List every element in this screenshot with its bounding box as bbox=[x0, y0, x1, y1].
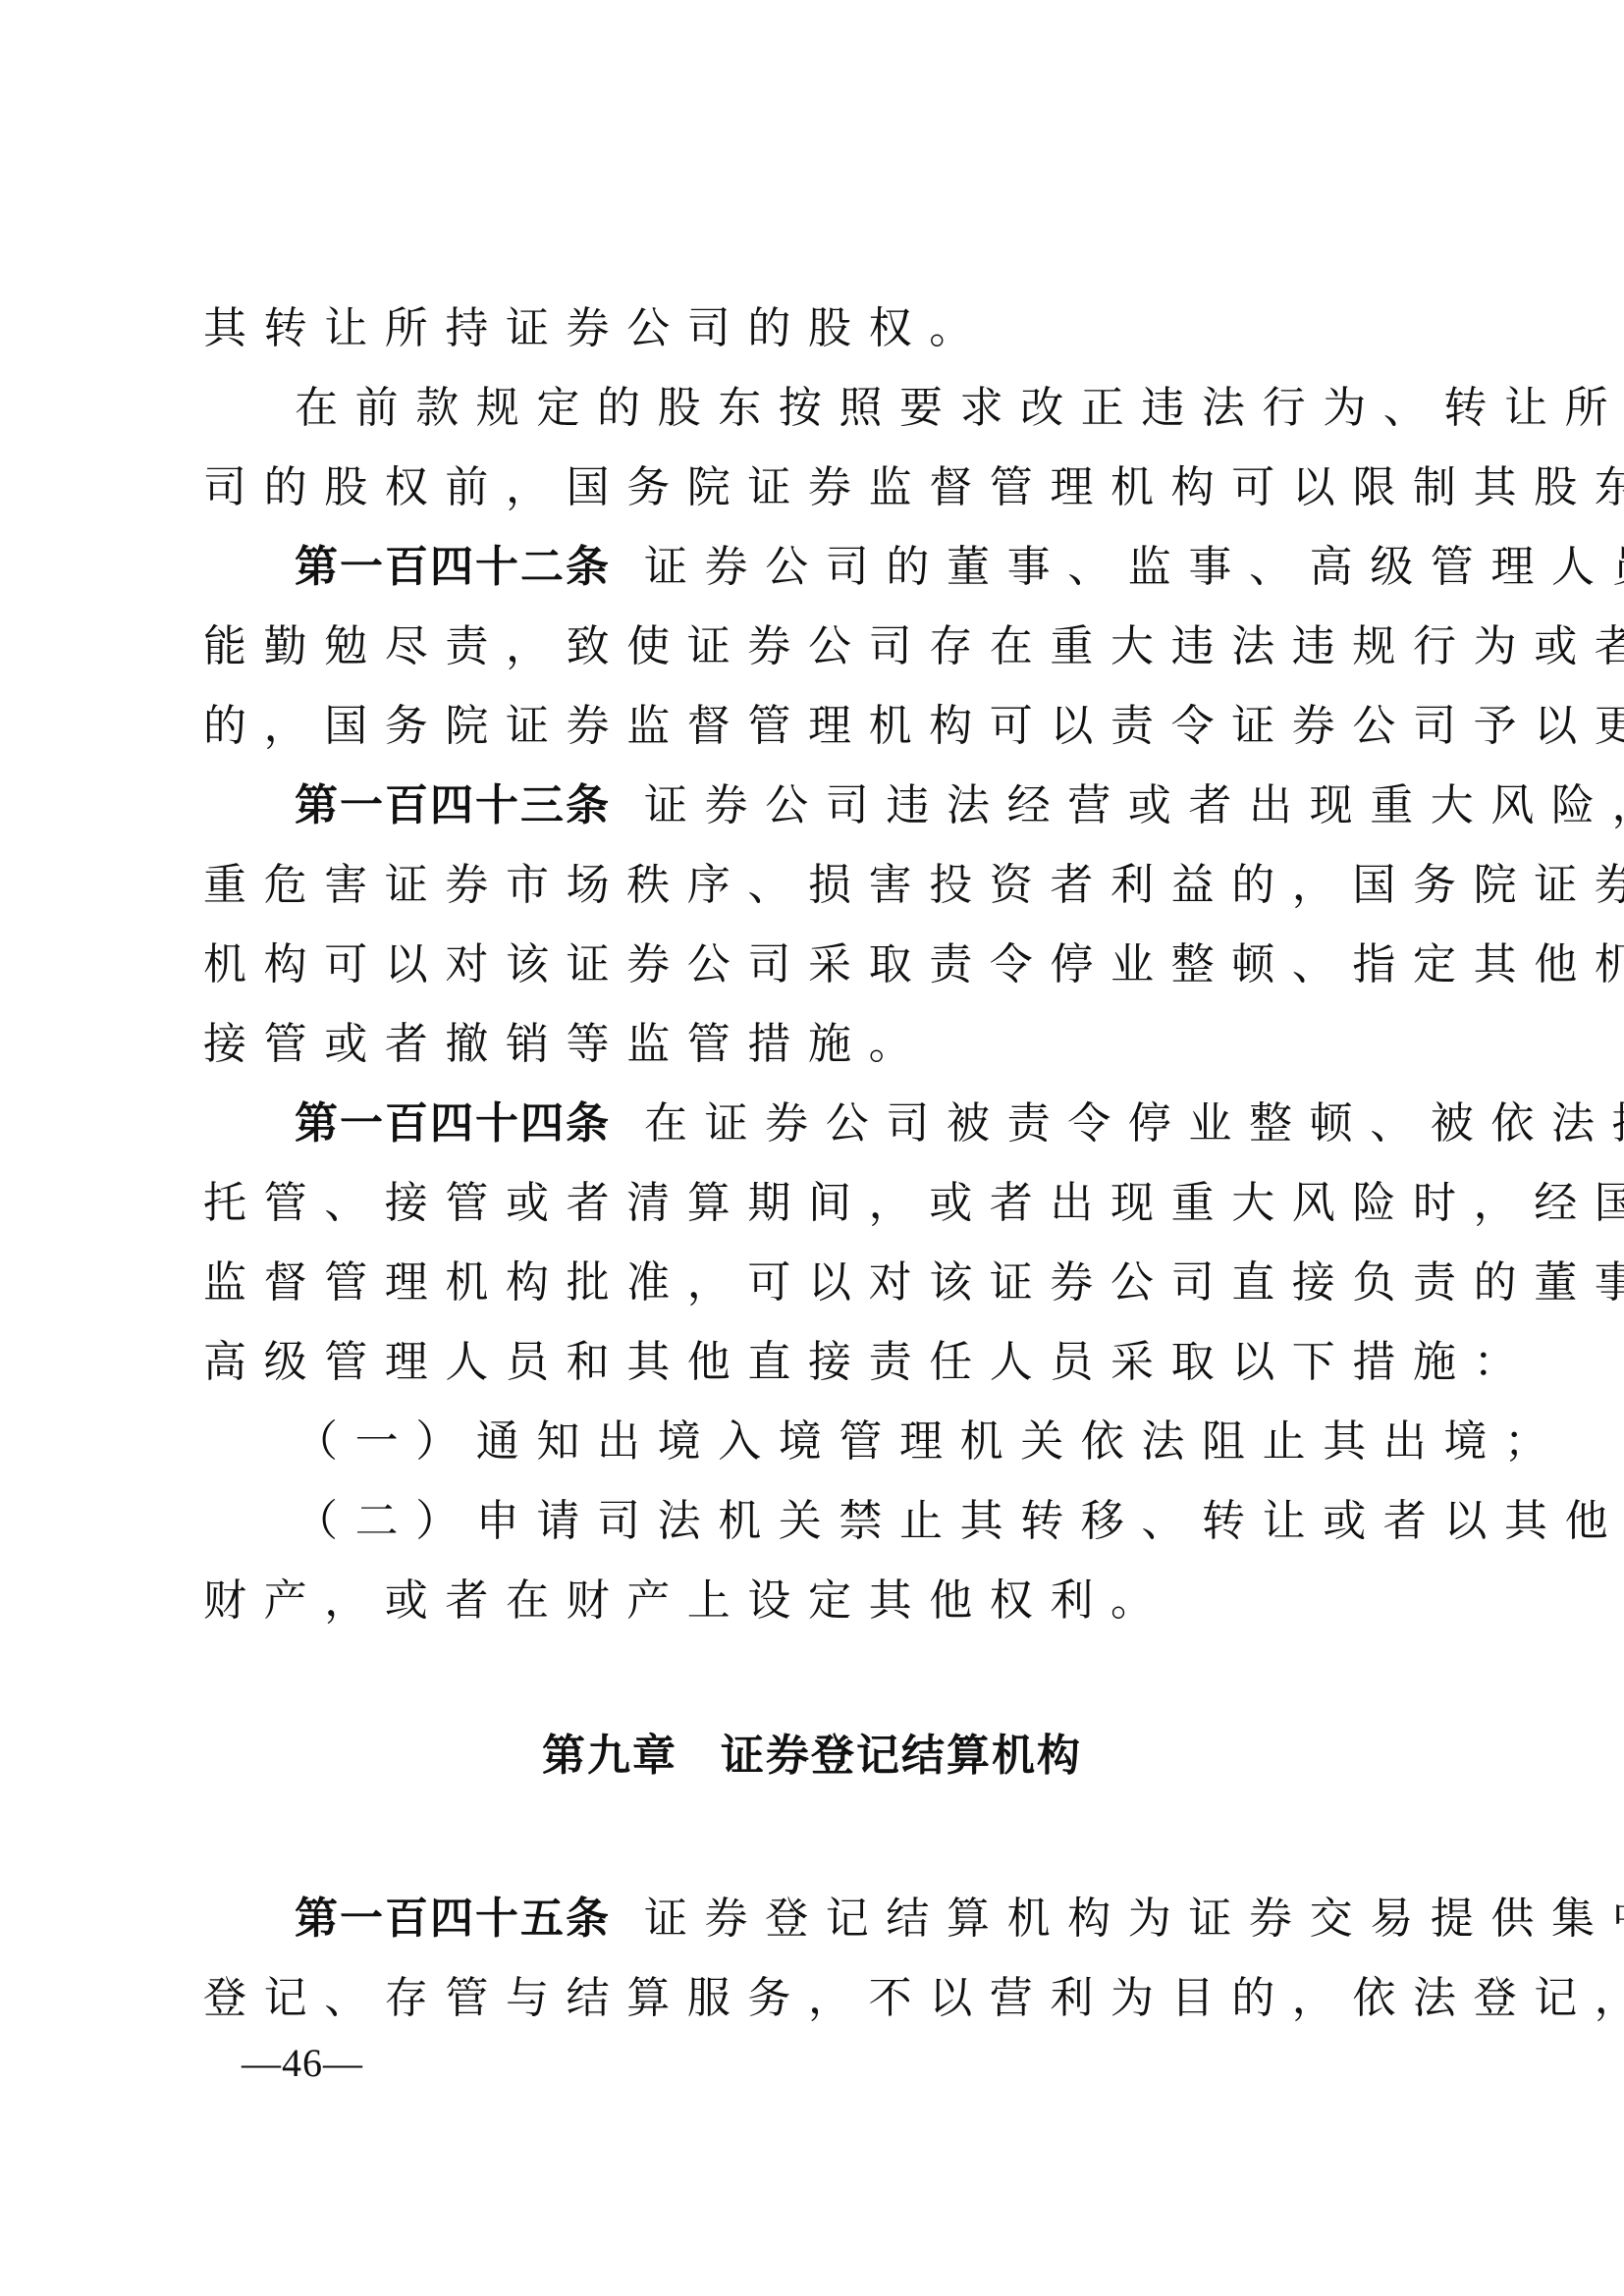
paragraph-line: 司的股权前，国务院证券监督管理机构可以限制其股东权利。 bbox=[203, 457, 1431, 518]
article-text: 证券登记结算机构为证券交易提供集中 bbox=[644, 1894, 1624, 1944]
article-144-first-line: 第一百四十四条在证券公司被责令停业整顿、被依法指定 bbox=[295, 1094, 1522, 1154]
paragraph-line: 在前款规定的股东按照要求改正违法行为、转让所持证券公 bbox=[295, 378, 1522, 439]
list-item: （一）通知出境入境管理机关依法阻止其出境； bbox=[295, 1412, 1522, 1472]
article-text: 在证券公司被责令停业整顿、被依法指定 bbox=[644, 1098, 1624, 1148]
article-142-first-line: 第一百四十二条证券公司的董事、监事、高级管理人员未 bbox=[295, 537, 1522, 598]
article-143-first-line: 第一百四十三条证券公司违法经营或者出现重大风险，严 bbox=[295, 775, 1522, 836]
chapter-heading: 第九章证券登记结算机构 bbox=[0, 1726, 1624, 1787]
article-text: 证券公司违法经营或者出现重大风险，严 bbox=[644, 780, 1624, 830]
article-number: 第一百四十二条 bbox=[295, 542, 611, 592]
chapter-number: 第九章 bbox=[542, 1731, 677, 1781]
article-145-first-line: 第一百四十五条证券登记结算机构为证券交易提供集中 bbox=[295, 1889, 1522, 1949]
document-page: 其转让所持证券公司的股权。 在前款规定的股东按照要求改正违法行为、转让所持证券公… bbox=[0, 0, 1624, 2296]
chapter-title: 证券登记结算机构 bbox=[721, 1731, 1082, 1781]
list-item-continuation: 财产，或者在财产上设定其他权利。 bbox=[203, 1571, 1431, 1631]
article-line: 的，国务院证券监督管理机构可以责令证券公司予以更换。 bbox=[203, 696, 1431, 757]
article-line: 高级管理人员和其他直接责任人员采取以下措施： bbox=[203, 1332, 1431, 1393]
article-number: 第一百四十三条 bbox=[295, 780, 611, 830]
article-number: 第一百四十四条 bbox=[295, 1098, 611, 1148]
article-text: 证券公司的董事、监事、高级管理人员未 bbox=[644, 542, 1624, 592]
article-line: 能勤勉尽责，致使证券公司存在重大违法违规行为或者重大风险 bbox=[203, 616, 1431, 677]
article-line: 托管、接管或者清算期间，或者出现重大风险时，经国务院证券 bbox=[203, 1173, 1431, 1234]
list-item: （二）申请司法机关禁止其转移、转让或者以其他方式处分 bbox=[295, 1491, 1522, 1552]
article-line: 重危害证券市场秩序、损害投资者利益的，国务院证券监督管理 bbox=[203, 855, 1431, 916]
article-number: 第一百四十五条 bbox=[295, 1894, 611, 1944]
article-line: 登记、存管与结算服务，不以营利为目的，依法登记，取得法人 bbox=[203, 1968, 1431, 2029]
article-line: 接管或者撤销等监管措施。 bbox=[203, 1014, 1431, 1075]
continuation-line: 其转让所持证券公司的股权。 bbox=[203, 298, 1431, 359]
article-line: 机构可以对该证券公司采取责令停业整顿、指定其他机构托管、 bbox=[203, 934, 1431, 995]
article-line: 监督管理机构批准，可以对该证券公司直接负责的董事、监事、 bbox=[203, 1253, 1431, 1313]
page-number: —46— bbox=[242, 2039, 363, 2088]
